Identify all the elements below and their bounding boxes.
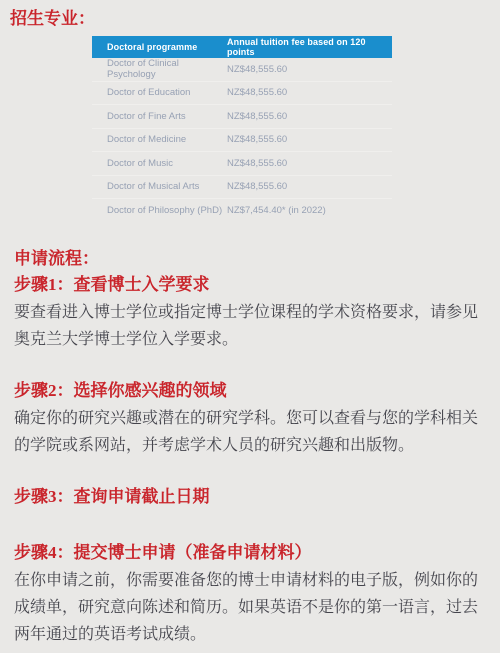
table-row: Doctor of Clinical Psychology NZ$48,555.… (92, 58, 392, 82)
page-title: 招生专业： (0, 0, 500, 30)
programme-cell: Doctor of Medicine (92, 134, 227, 145)
table-row: Doctor of Fine Arts NZ$48,555.60 (92, 105, 392, 129)
programme-cell: Doctor of Clinical Psychology (92, 58, 227, 80)
fee-cell: NZ$48,555.60 (227, 111, 392, 122)
step-4-body: 在你申请之前，你需要准备您的博士申请材料的电子版，例如你的 成绩单，研究意向陈述… (0, 567, 500, 648)
programme-cell: Doctor of Music (92, 158, 227, 169)
fee-cell: NZ$48,555.60 (227, 181, 392, 192)
table-row: Doctor of Philosophy (PhD) NZ$7,454.40* … (92, 199, 392, 223)
fee-cell: NZ$48,555.60 (227, 64, 392, 75)
table-row: Doctor of Musical Arts NZ$48,555.60 (92, 176, 392, 200)
table-row: Doctor of Education NZ$48,555.60 (92, 82, 392, 106)
fee-cell: NZ$48,555.60 (227, 158, 392, 169)
tuition-table: Doctoral programme Annual tuition fee ba… (92, 36, 392, 223)
table-header-row: Doctoral programme Annual tuition fee ba… (92, 36, 392, 58)
programme-cell: Doctor of Fine Arts (92, 111, 227, 122)
column-header-programme: Doctoral programme (92, 42, 227, 52)
step-4-heading: 步骤4：提交博士申请（准备申请材料） (0, 541, 500, 565)
fee-cell: NZ$48,555.60 (227, 134, 392, 145)
table-row: Doctor of Medicine NZ$48,555.60 (92, 129, 392, 153)
application-process-title: 申请流程： (0, 247, 500, 271)
programme-cell: Doctor of Education (92, 87, 227, 98)
programme-cell: Doctor of Musical Arts (92, 181, 227, 192)
step-2-heading: 步骤2：选择你感兴趣的领域 (0, 379, 500, 403)
step-1-heading: 步骤1：查看博士入学要求 (0, 273, 500, 297)
table-row: Doctor of Music NZ$48,555.60 (92, 152, 392, 176)
step-2-body: 确定你的研究兴趣或潜在的研究学科。您可以查看与您的学科相关 的学院或系网站，并考… (0, 405, 500, 459)
fee-cell: NZ$48,555.60 (227, 87, 392, 98)
programme-cell: Doctor of Philosophy (PhD) (92, 205, 227, 216)
fee-cell: NZ$7,454.40* (in 2022) (227, 205, 392, 216)
step-1-body: 要查看进入博士学位或指定博士学位课程的学术资格要求，请参见 奥克兰大学博士学位入… (0, 299, 500, 353)
column-header-fee: Annual tuition fee based on 120 points (227, 37, 392, 57)
step-3-heading: 步骤3：查询申请截止日期 (0, 485, 500, 509)
